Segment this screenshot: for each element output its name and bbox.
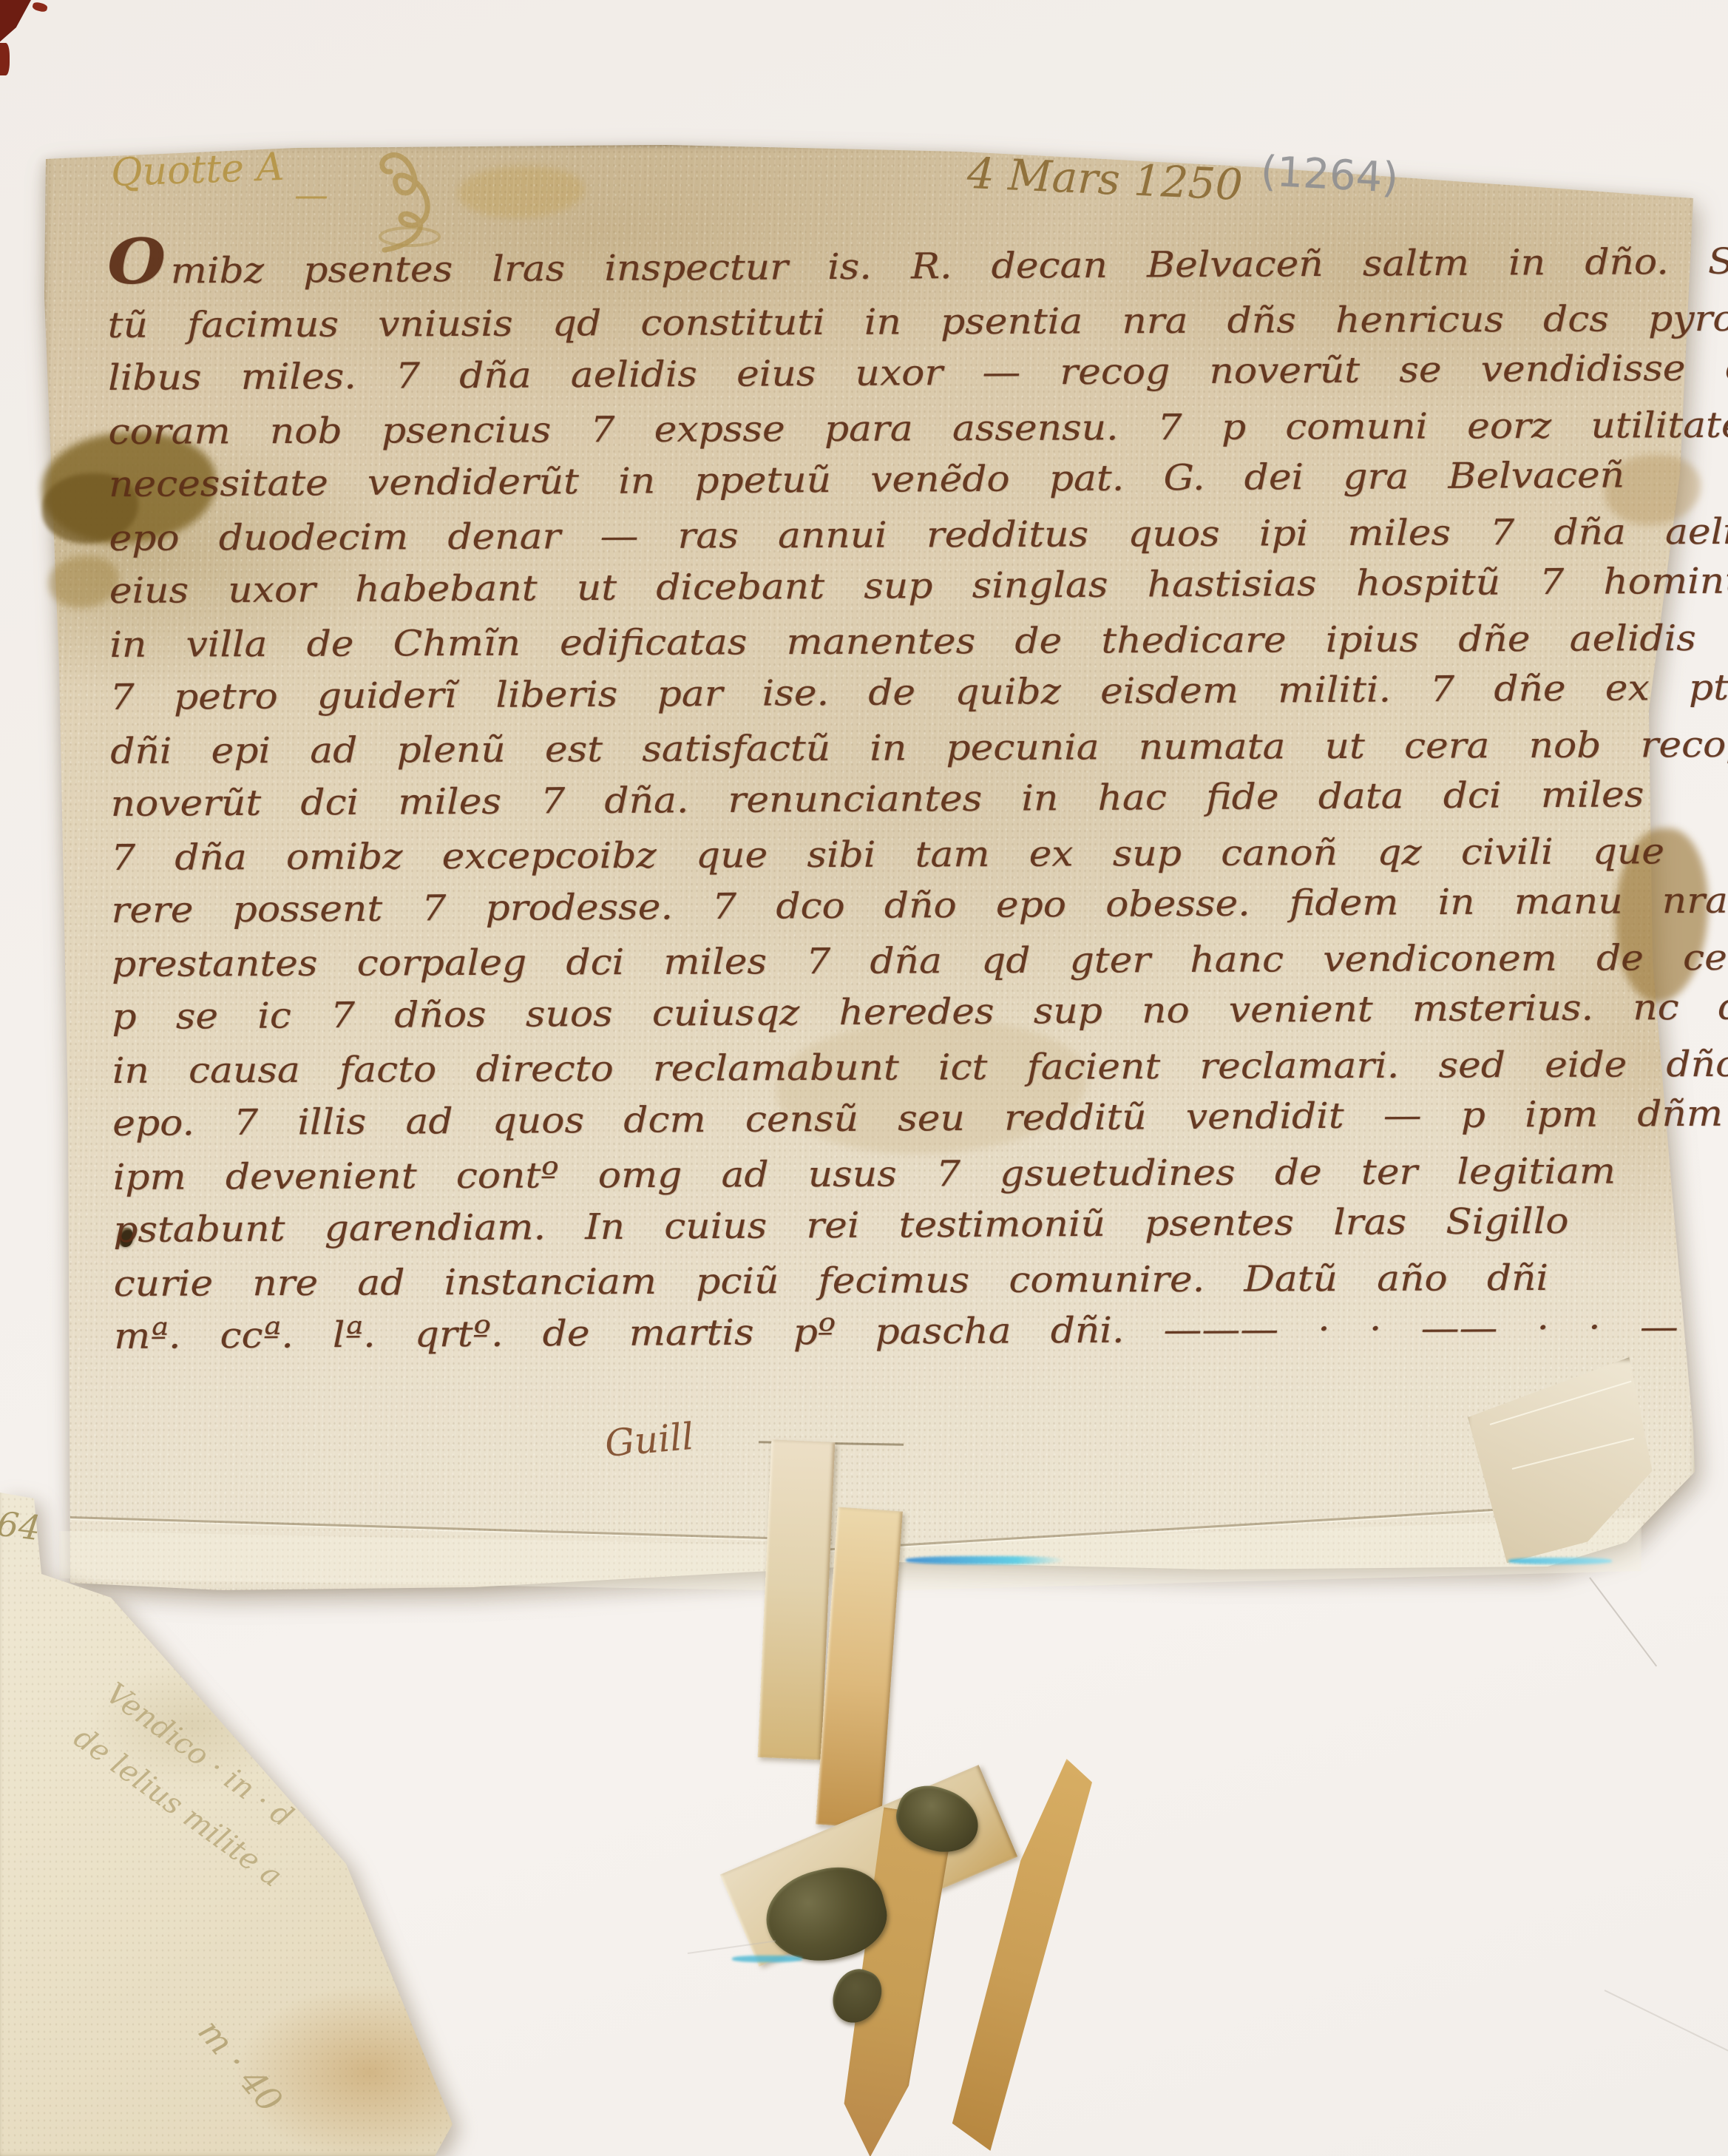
scanned-charter-page: Quotte A — 4 Mars 1250 (1264) Omibz psen…	[0, 0, 1728, 2156]
fragment-number: 64	[0, 1504, 43, 1549]
